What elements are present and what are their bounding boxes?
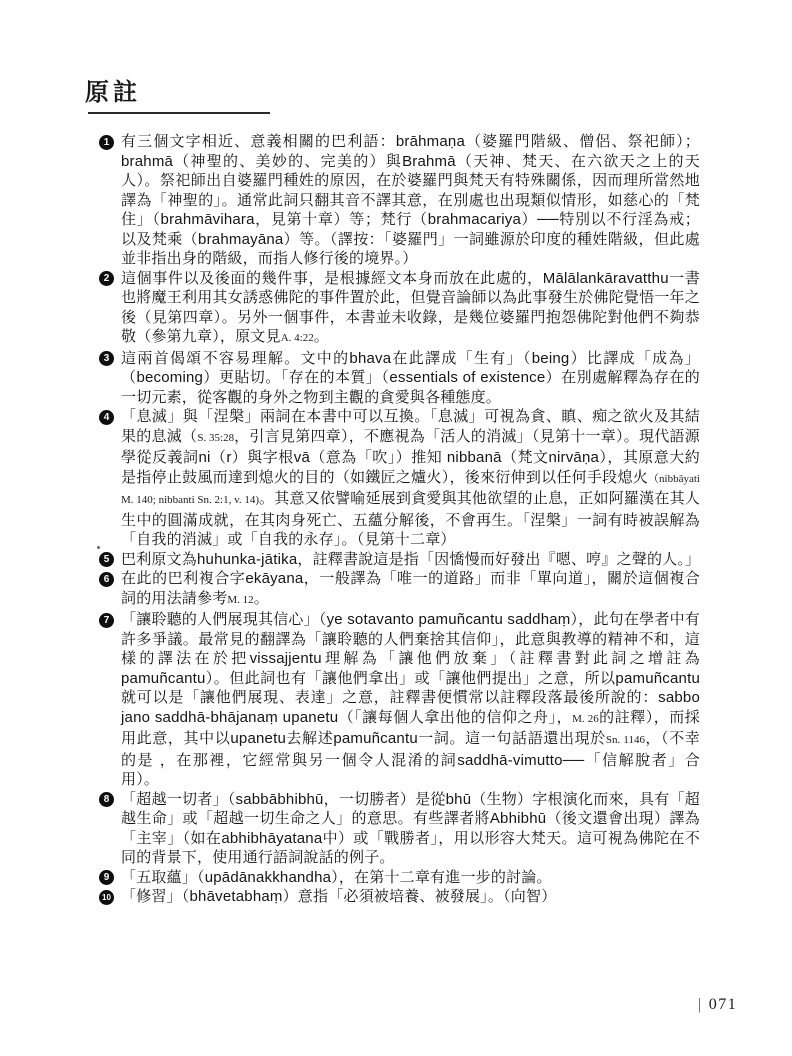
footnote-number-marker: 10 (99, 890, 114, 905)
footnote-text: 這個事件以及後面的幾件事，是根據經文本身而放在此處的，Mālālankārava… (121, 269, 700, 349)
title-underline (88, 112, 270, 114)
footnote-number-marker: 2 (99, 271, 114, 286)
footnote: 3這兩首偈頌不容易理解。文中的bhava在此譯成「生有」（being）比譯成「成… (99, 349, 700, 408)
footnote: 8「超越一切者」（sabbābhibhū，一切勝者）是從bhū（生物）字根演化而… (99, 790, 700, 868)
citation-ref: M. 12 (227, 594, 253, 606)
note-text-run: 這個事件以及後面的幾件事，是根據經文本身而放在此處的，Mālālankārava… (121, 270, 700, 346)
page-number-divider: | (698, 996, 703, 1013)
footnote: 2這個事件以及後面的幾件事，是根據經文本身而放在此處的，Mālālankārav… (99, 269, 700, 349)
footnote-number-marker: 5 (99, 552, 114, 567)
page-title: 原註 (85, 72, 141, 107)
footnote-number-marker: 8 (99, 792, 114, 807)
footnote-text: 在此的巴利複合字ekāyana，一般譯為「唯一的道路」而非「單向道」，關於這個複… (121, 569, 700, 610)
note-text-run: 這兩首偈頌不容易理解。文中的bhava在此譯成「生有」（being）比譯成「成為… (121, 350, 700, 406)
footnote-text: 「修習」（bhāvetabhaṃ）意指「必須被培養、被發展」。（向智） (121, 887, 700, 907)
footnote-number-marker: 4 (99, 410, 114, 425)
footnote: 7「讓聆聽的人們展現其信心」（ye sotavanto pamuñcantu s… (99, 610, 700, 790)
footnote: 1有三個文字相近、意義相關的巴利語：brāhmaṇa（婆羅門階級、僧侶、祭祀師）… (99, 132, 700, 269)
note-text-run: 。 (254, 590, 269, 607)
footnote-text: 巴利原文為huhunka-jātika，註釋書說這是指「因憍慢而好發出『嗯、哼』… (121, 550, 700, 570)
page-number: |071 (698, 996, 737, 1014)
footnote-number-marker: 3 (99, 351, 114, 366)
citation-ref: Sn. 1146 (606, 734, 645, 746)
footnote: 4「息滅」與「涅槃」兩詞在本書中可以互換。「息滅」可視為貪、瞋、痴之欲火及其結果… (99, 407, 700, 550)
note-text-run: 在此的巴利複合字ekāyana，一般譯為「唯一的道路」而非「單向道」，關於這個複… (121, 570, 700, 607)
scan-speck (97, 546, 100, 549)
footnote: 10「修習」（bhāvetabhaṃ）意指「必須被培養、被發展」。（向智） (99, 887, 700, 907)
book-page: 原註 1有三個文字相近、意義相關的巴利語：brāhmaṇa（婆羅門階級、僧侶、祭… (0, 0, 792, 1056)
footnote-number-marker: 9 (99, 870, 114, 885)
footnote-text: 「五取蘊」（upādānakkhandha），在第十二章有進一步的討論。 (121, 868, 700, 888)
footnote-text: 有三個文字相近、意義相關的巴利語：brāhmaṇa（婆羅門階級、僧侶、祭祀師）；… (121, 132, 700, 269)
footnote: 5巴利原文為huhunka-jātika，註釋書說這是指「因憍慢而好發出『嗯、哼… (99, 550, 700, 570)
footnote-text: 「讓聆聽的人們展現其信心」（ye sotavanto pamuñcantu sa… (121, 610, 700, 790)
footnote-number-marker: 7 (99, 613, 114, 628)
citation-ref: S. 35:28 (197, 432, 234, 444)
citation-ref: A. 4:22 (281, 332, 314, 344)
footnote-number-marker: 6 (99, 572, 114, 587)
note-text-run: 「超越一切者」（sabbābhibhū，一切勝者）是從bhū（生物）字根演化而來… (121, 791, 700, 867)
footnote-number-marker: 1 (99, 135, 114, 150)
note-text-run: 。 (314, 328, 329, 345)
footnote: 9「五取蘊」（upādānakkhandha），在第十二章有進一步的討論。 (99, 868, 700, 888)
note-text-run: 巴利原文為huhunka-jātika，註釋書說這是指「因憍慢而好發出『嗯、哼』… (121, 551, 700, 568)
note-text-run: 有三個文字相近、意義相關的巴利語：brāhmaṇa（婆羅門階級、僧侶、祭祀師）；… (121, 133, 700, 267)
footnote-text: 這兩首偈頌不容易理解。文中的bhava在此譯成「生有」（being）比譯成「成為… (121, 349, 700, 408)
page-number-value: 071 (709, 996, 738, 1013)
citation-ref: M. 26 (572, 713, 599, 725)
footnote-text: 「超越一切者」（sabbābhibhū，一切勝者）是從bhū（生物）字根演化而來… (121, 790, 700, 868)
footnotes-list: 1有三個文字相近、意義相關的巴利語：brāhmaṇa（婆羅門階級、僧侶、祭祀師）… (99, 132, 700, 907)
note-text-run: 「五取蘊」（upādānakkhandha），在第十二章有進一步的討論。 (121, 869, 552, 886)
note-text-run: 「修習」（bhāvetabhaṃ）意指「必須被培養、被發展」。（向智） (121, 888, 556, 905)
footnote: 6在此的巴利複合字ekāyana，一般譯為「唯一的道路」而非「單向道」，關於這個… (99, 569, 700, 610)
footnote-text: 「息滅」與「涅槃」兩詞在本書中可以互換。「息滅」可視為貪、瞋、痴之欲火及其結果的… (121, 407, 700, 550)
